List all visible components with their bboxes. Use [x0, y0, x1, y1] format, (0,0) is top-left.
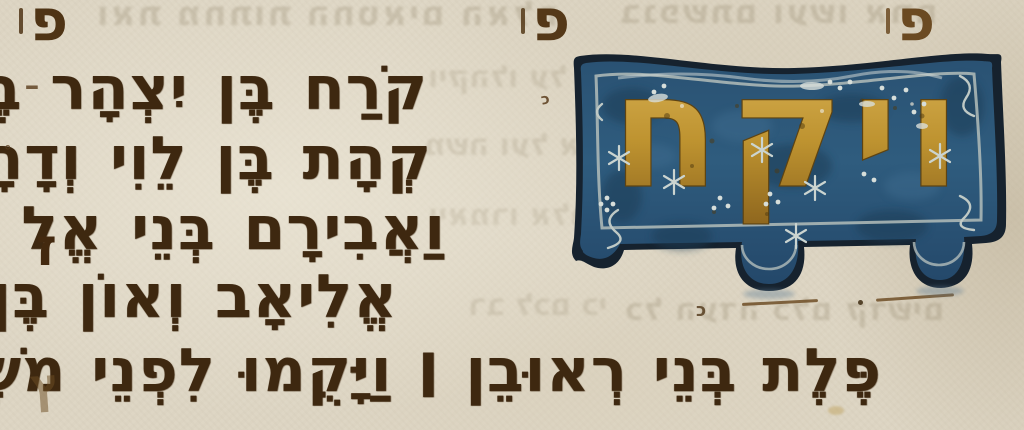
ink-flake-stroke [886, 8, 890, 34]
ink-flake-stroke [19, 8, 23, 34]
illuminated-panel: ויקח [562, 46, 1024, 304]
torah-text-line-3: וַאֲבִירָם בְּנֵי אֱל [21, 194, 446, 264]
gold-word: ויקח [611, 46, 969, 224]
torah-text-line-5: פֶּלֶת בְּנֵי רְאוּבֵן ׀ וַיָּקֻמוּ לִפְ… [0, 336, 882, 406]
masora-circle: ° [4, 142, 12, 160]
torah-text-line-1: קֹרַח בֶּן יִצְהָר בֶּן [0, 54, 428, 124]
parasha-marker-peh: פ [30, 0, 68, 54]
manuscript-page: { "parasha_markers": { "left": "פ", "cen… [0, 0, 1024, 430]
torah-text-line-2: קְהָת בֶּן לֵוִי וְדָתָן [0, 124, 432, 194]
faded-line-filler: ץ [28, 357, 62, 413]
line-filler-dash: ־ [24, 70, 40, 121]
ink-flake-stroke [521, 8, 525, 34]
line-end-mark: ז [36, 218, 57, 278]
parchment-stain [828, 406, 844, 415]
illuminated-panel-svg: ויקח [562, 46, 1024, 304]
torah-text-line-4: אֱלִיאָב וְאוֹן בֶּן [0, 262, 398, 332]
bleedthrough-text: ואת מחתות החטאים האלה [95, 0, 559, 34]
